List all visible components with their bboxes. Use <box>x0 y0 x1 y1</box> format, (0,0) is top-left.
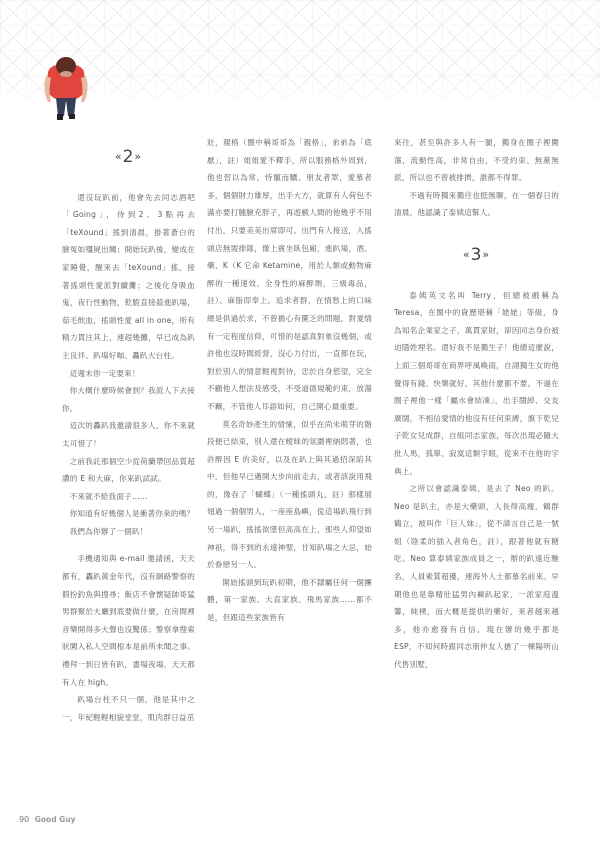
person-topdown-illustration <box>36 50 96 122</box>
paragraph: 手機通知與 e-mail 邀請函，天天都有，轟趴黃金年代，沒有網路警察的假扮釣魚… <box>62 550 195 691</box>
paragraph: 莫名奇妙產生的情愫，似乎在尚未萌芽的階段便已結束，別人還在曖昧的氛圍裡納悶著，也… <box>207 416 372 574</box>
quote-line: 這週末你一定要來！ <box>62 365 195 383</box>
paragraph: 趴場台柱不只一個，他是其中之一，年紀輕輕相貌堂堂，肌肉群日益茁 <box>62 691 195 726</box>
paragraph: 開始搖頭到玩趴初期，他不隸屬任何一個團體，第一家族、大直家族、飛馬家族……都不是… <box>207 574 372 627</box>
quote-line: 你知道有好幾個人是衝著你來的嗎？ <box>62 505 195 523</box>
paragraph: 來往，甚至與許多人有一腿，獨身在圈子裡闖蕩，流動性高，非常自由，不受約束、無黨無… <box>394 134 559 187</box>
column-3: 來往，甚至與許多人有一腿，獨身在圈子裡闖蕩，流動性高，非常自由，不受約束、無黨無… <box>394 134 559 674</box>
section-marker-3: «3» <box>394 246 559 265</box>
quote-line: 我們為你辦了一個趴！ <box>62 523 195 541</box>
column-2: 壯，親格（圈中稱哥哥為「親格」，弟弟為「底厭」，註）姐姐愛不釋手，所以服務格外周… <box>207 134 372 627</box>
page-footer: 90 Good Guy <box>19 815 76 824</box>
paragraph: 還沒玩趴前，他會先去同志酒吧「Going」，待到2、3點再去「teXound」搖… <box>62 189 195 365</box>
quote-line: 你大概什麼時候會到？我派人下去接你。 <box>62 382 195 417</box>
paragraph: 之所以會認識泰姨，是去了 Neo 的趴。Neo 是趴主，亦是大藥頭，人長得高瘦，… <box>394 480 559 674</box>
paragraph: 泰姨英文名叫 Terry，但總被戲稱為 Teresa，在圈中的資歷堪稱「姥姥」等… <box>394 287 559 481</box>
section-number: 3 <box>471 245 483 265</box>
paragraph: 不過有時獨來獨往也挺無聊，在一個春日的清晨，他認識了泰姨這幫人。 <box>394 187 559 222</box>
paragraph: 壯，親格（圈中稱哥哥為「親格」，弟弟為「底厭」，註）姐姐愛不釋手，所以服務格外周… <box>207 134 372 416</box>
quote-line: 不來就不給我面子…… <box>62 488 195 506</box>
column-1: «2» 還沒玩趴前，他會先去同志酒吧「Going」，待到2、3點再去「teXou… <box>62 140 195 726</box>
page-number: 90 <box>19 815 29 824</box>
section-number: 2 <box>123 147 135 167</box>
quote-line: 這次的轟趴我邀請很多人，你不來就太可惜了！ <box>62 417 195 452</box>
section-marker-2: «2» <box>62 148 195 167</box>
quote-line: 之前我託那個空少從荷蘭帶回品質超讚的 E 和大麻，你來趴試試。 <box>62 453 195 488</box>
magazine-name: Good Guy <box>35 815 76 824</box>
